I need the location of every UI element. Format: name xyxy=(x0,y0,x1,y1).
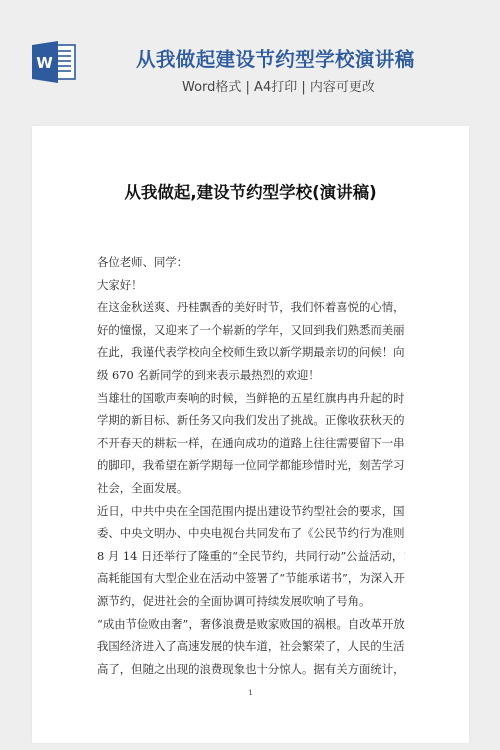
body-line: 高了，但随之出现的浪费现象也十分惊人。据有关方面统计，我国矿 xyxy=(97,658,405,681)
banner-subtitle: Word格式 | A4打印 | 内容可更改 xyxy=(182,76,375,95)
page-number: 1 xyxy=(32,689,469,697)
body-line: 不开春天的耕耘一样，在通向成功的道路上往往需要留下一串串踏实 xyxy=(97,432,405,455)
body-line: 源节约，促进社会的全面协调可持续发展吹响了号角。 xyxy=(97,590,405,613)
body-line: 高耗能国有大型企业在活动中签署了“节能承诺书”，为深入开展资 xyxy=(97,567,405,590)
body-line: “成由节俭败由奢”，奢侈浪费是败家败国的祸根。自改革开放以来， xyxy=(97,613,405,636)
body-line: 在此，我谨代表学校向全校师生致以新学期最亲切的问候！向高一年 xyxy=(97,341,405,364)
body-line: 委、中央文明办、中央电视台共同发布了《公民节约行为准则(草案)》， xyxy=(97,522,405,545)
salutation: 各位老师、同学： xyxy=(97,251,405,274)
document-title: 从我做起,建设节约型学校(演讲稿) xyxy=(32,179,469,203)
body-line: 学期的新目标、新任务又向我们发出了挑战。正像收获秋天的果实离 xyxy=(97,409,405,432)
body-line: 的脚印，我希望在新学期每一位同学都能珍惜时光，刻苦学习，心系 xyxy=(97,454,405,477)
banner-title: 从我做起建设节约型学校演讲稿 xyxy=(0,44,500,72)
body-line: 当雄壮的国歌声奏响的时候，当鲜艳的五星红旗冉冉升起的时候，新 xyxy=(97,387,405,410)
body-line: 在这金秋送爽、丹桂飘香的美好时节，我们怀着喜悦的心情，带着美 xyxy=(97,296,405,319)
body-line: 8 月 14 日还举行了隆重的“全民节约，共同行动”公益活动，17 家 xyxy=(97,545,405,568)
body-line: 近日，中共中央在全国范围内提出建设节约型社会的要求，国家发改 xyxy=(97,500,405,523)
document-body: 各位老师、同学： 大家好！ 在这金秋送爽、丹桂飘香的美好时节，我们怀着喜悦的心情… xyxy=(97,251,405,680)
banner-header: W 从我做起建设节约型学校演讲稿 Word格式 | A4打印 | 内容可更改 xyxy=(0,0,500,125)
body-line: 我国经济进入了高速发展的快车道，社会繁荣了，人民的生活水平提 xyxy=(97,635,405,658)
body-line: 好的憧憬，又迎来了一个崭新的学年，又回到我们熟悉而美丽的校园。 xyxy=(97,319,405,342)
body-line: 级 670 名新同学的到来表示最热烈的欢迎！ xyxy=(97,364,405,387)
greeting: 大家好！ xyxy=(97,274,405,297)
document-page: 从我做起,建设节约型学校(演讲稿) 各位老师、同学： 大家好！ 在这金秋送爽、丹… xyxy=(32,126,469,743)
body-line: 社会，全面发展。 xyxy=(97,477,405,500)
